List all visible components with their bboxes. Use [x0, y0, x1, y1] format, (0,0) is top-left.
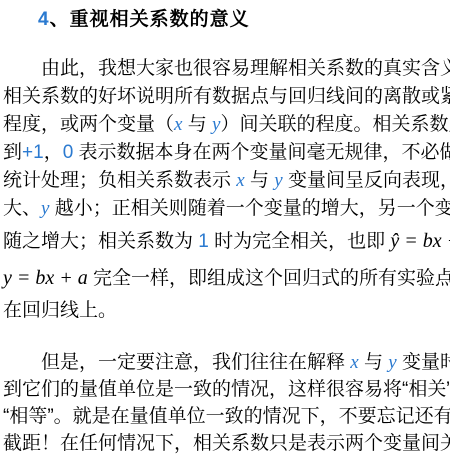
- formula-y: y = bx + a: [3, 267, 88, 289]
- text-run: 程度，或两个变量（: [3, 114, 174, 135]
- text-run: 在回归线上。: [3, 300, 117, 321]
- text-line: 程度，或两个变量（x 与 y）间关联的程度。相关系数从-1: [3, 111, 447, 139]
- text-run: 但是，一定要注意，我们往往在解释: [41, 352, 350, 373]
- text-run: 与: [359, 352, 389, 373]
- text-run: 越小；正相关则随着一个变量的增大，另一个变量也: [49, 198, 450, 219]
- variable-y: y: [388, 352, 396, 373]
- text-run: 截距！在任何情况下，相关系数只是表示两个变量间关系紧: [3, 433, 450, 454]
- text-run: 到它们的量值单位是一致的情况，这样很容易将“相关”视为: [3, 379, 450, 400]
- text-run: 随之增大；相关系数为: [3, 231, 198, 252]
- text-line: “相等”。就是在量值单位一致的情况下，不要忘记还有一个: [3, 403, 447, 430]
- text-line: y = bx + a 完全一样，即组成这个回归式的所有实验点全部: [3, 260, 447, 297]
- text-run: ，: [44, 142, 63, 163]
- text-run: 与: [245, 170, 275, 191]
- value-plus-one: +1: [22, 142, 44, 163]
- text-run: 相关系数的好坏说明所有数据点与回归线间的离散或紧密: [3, 86, 450, 107]
- value-zero: 0: [63, 142, 74, 163]
- text-run: 统计处理；负相关系数表示: [3, 170, 236, 191]
- text-line: 截距！在任何情况下，相关系数只是表示两个变量间关系紧: [3, 430, 447, 454]
- text-run: 到: [3, 142, 22, 163]
- text-line: 由此，我想大家也很容易理解相关系数的真实含义了，: [3, 55, 447, 83]
- text-line: 相关系数的好坏说明所有数据点与回归线间的离散或紧密: [3, 83, 447, 111]
- text-run: “相等”。就是在量值单位一致的情况下，不要忘记还有一个: [3, 406, 450, 427]
- heading-number: 4: [38, 9, 50, 30]
- variable-x: x: [236, 170, 244, 191]
- text-run: 大、: [3, 198, 41, 219]
- text-run: 时为完全相关，也即: [209, 231, 391, 252]
- text-run: 变量时只想: [397, 352, 450, 373]
- text-line: 大、y 越小；正相关则随着一个变量的增大，另一个变量也: [3, 195, 447, 223]
- text-run: 变量间呈反向表现，: [283, 170, 450, 191]
- text-line: 到+1，0 表示数据本身在两个变量间毫无规律，不必做任何: [3, 139, 447, 167]
- text-line: 在回归线上。: [3, 297, 447, 325]
- text-line: 到它们的量值单位是一致的情况，这样很容易将“相关”视为: [3, 376, 447, 403]
- document-page: 4、重视相关系数的意义 由此，我想大家也很容易理解相关系数的真实含义了， 相关系…: [0, 0, 450, 454]
- text-run: 由此，我想大家也很容易理解相关系数的真实含义了，: [41, 58, 450, 79]
- paragraph-1: 由此，我想大家也很容易理解相关系数的真实含义了， 相关系数的好坏说明所有数据点与…: [0, 55, 450, 325]
- text-line: 但是，一定要注意，我们往往在解释 x 与 y 变量时只想: [3, 349, 447, 376]
- text-run: 完全一样，即组成这个回归式的所有实验点全部: [88, 268, 450, 289]
- heading-title: 、重视相关系数的意义: [50, 9, 250, 30]
- variable-y: y: [274, 170, 282, 191]
- formula-y-hat: ŷ = bx + a: [390, 230, 450, 252]
- text-line: 统计处理；负相关系数表示 x 与 y 变量间呈反向表现，x 越: [3, 167, 447, 195]
- section-heading: 4、重视相关系数的意义: [38, 9, 446, 30]
- value-one: 1: [198, 231, 209, 252]
- text-run: 与: [182, 114, 212, 135]
- paragraph-2: 但是，一定要注意，我们往往在解释 x 与 y 变量时只想 到它们的量值单位是一致…: [0, 349, 450, 454]
- text-run: ）间关联的程度。相关系数从: [220, 114, 450, 135]
- text-line: 随之增大；相关系数为 1 时为完全相关，也即 ŷ = bx + a 与: [3, 223, 447, 260]
- text-run: 表示数据本身在两个变量间毫无规律，不必做任何: [73, 142, 450, 163]
- variable-x: x: [350, 352, 358, 373]
